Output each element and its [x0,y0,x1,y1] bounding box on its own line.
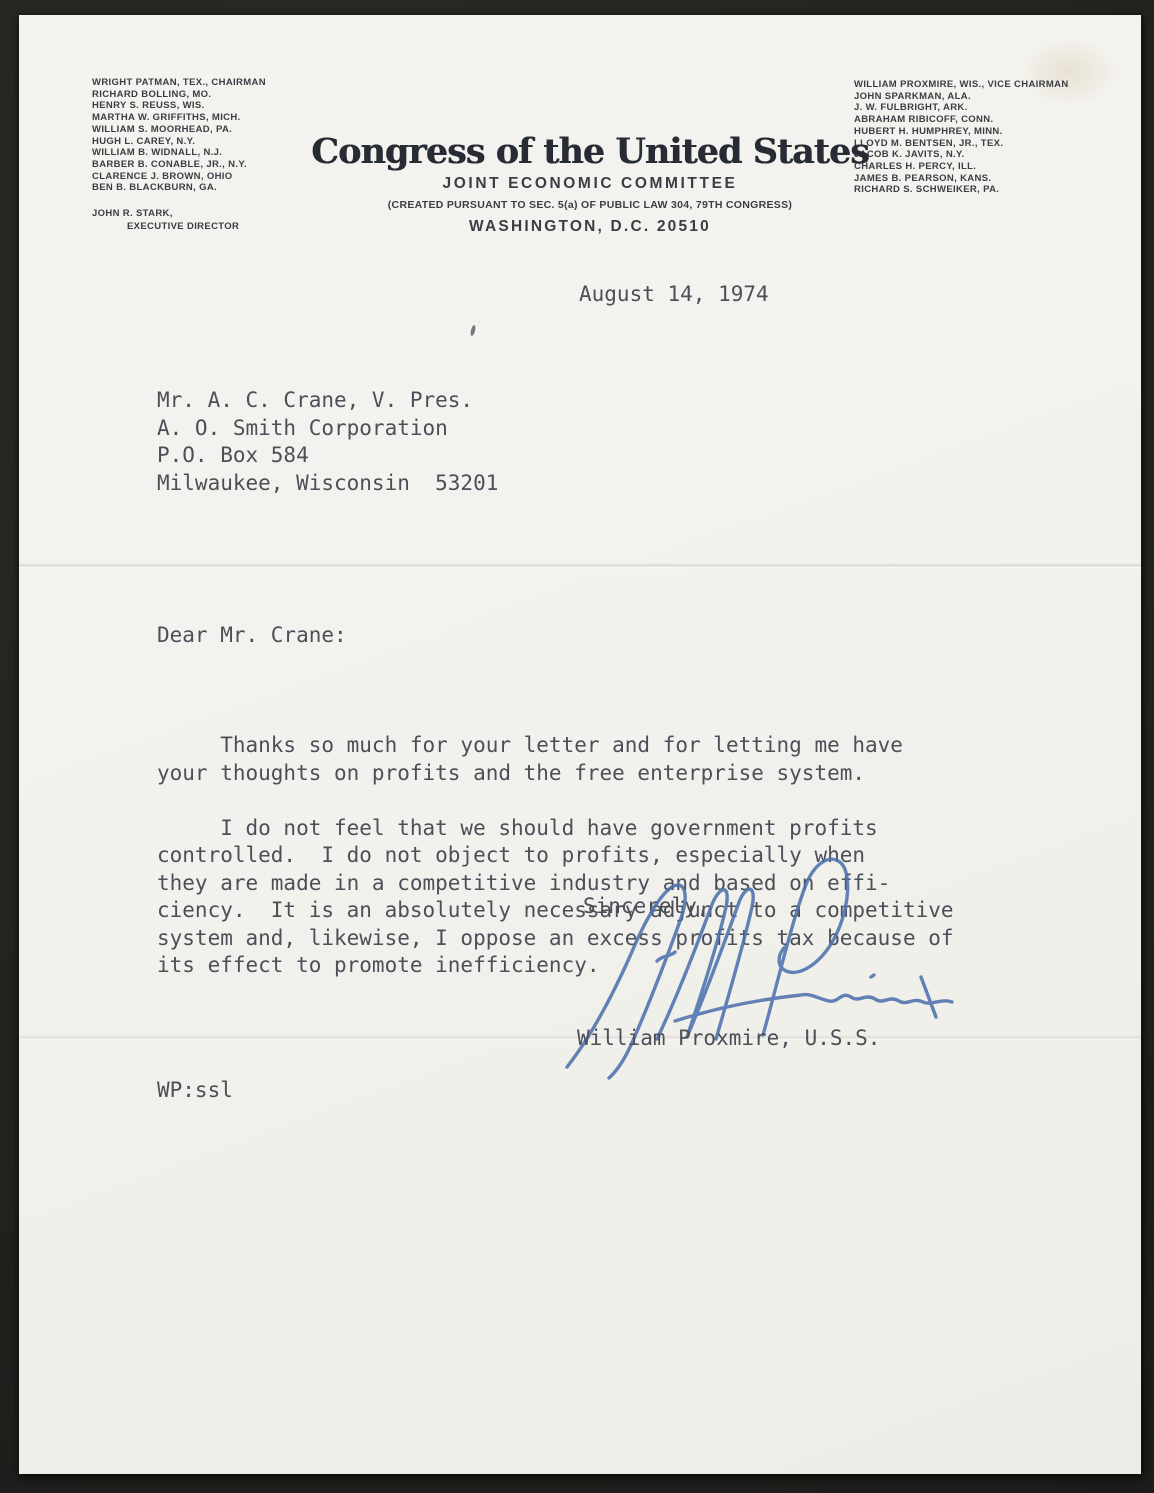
ink-speck [470,325,477,337]
recipient-line: A. O. Smith Corporation [157,415,498,443]
member-name: HENRY S. REUSS, WIS. [92,100,266,112]
body-paragraph: Thanks so much for your letter and for l… [157,732,1017,787]
authority-line: (CREATED PURSUANT TO SEC. 5(a) OF PUBLIC… [39,199,1141,211]
signature-stroke [921,977,936,1017]
typed-signature: William Proxmire, U.S.S. [577,1025,880,1053]
organization-title: Congress of the United States [39,133,1141,171]
recipient-line: P.O. Box 584 [157,442,498,470]
typist-initials: WP:ssl [157,1077,233,1105]
member-name: RICHARD BOLLING, MO. [92,89,266,101]
member-name: J. W. FULBRIGHT, ARK. [854,102,1069,114]
committee-name: JOINT ECONOMIC COMMITTEE [39,175,1141,193]
salutation: Dear Mr. Crane: [157,622,1017,650]
scanned-letter: WRIGHT PATMAN, TEX., CHAIRMANRICHARD BOL… [0,0,1154,1493]
recipient-line: Mr. A. C. Crane, V. Pres. [157,387,498,415]
letterhead-address-line: WASHINGTON, D.C. 20510 [39,218,1141,236]
date-line: August 14, 1974 [579,281,769,309]
letter-paper: WRIGHT PATMAN, TEX., CHAIRMANRICHARD BOL… [19,15,1141,1474]
signature-stroke [763,859,848,1035]
recipient-line: Milwaukee, Wisconsin 53201 [157,470,498,498]
recipient-address: Mr. A. C. Crane, V. Pres.A. O. Smith Cor… [157,387,498,497]
signature-stroke [675,995,952,1021]
letterhead-center: Congress of the United States JOINT ECON… [19,133,1141,236]
member-name: WRIGHT PATMAN, TEX., CHAIRMAN [92,77,266,89]
member-name: ABRAHAM RIBICOFF, CONN. [854,114,1069,126]
member-name: WILLIAM PROXMIRE, WIS., VICE CHAIRMAN [854,79,1069,91]
member-name: MARTHA W. GRIFFITHS, MICH. [92,112,266,124]
member-name: JOHN SPARKMAN, ALA. [854,91,1069,103]
signature-stroke [871,975,874,977]
signature-stroke [687,889,753,1039]
